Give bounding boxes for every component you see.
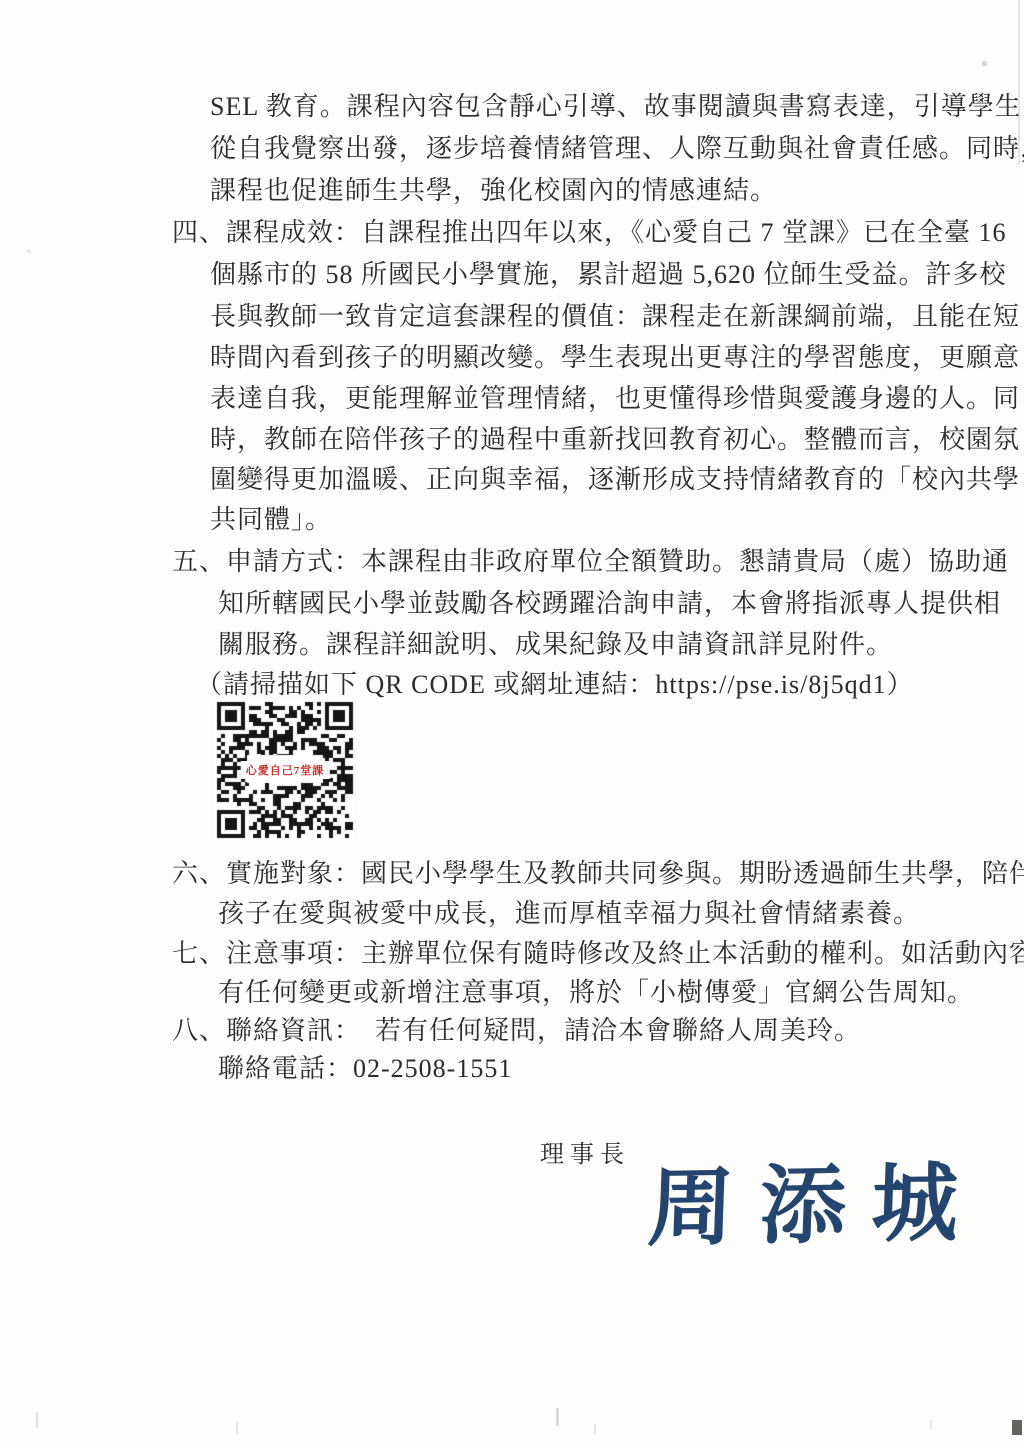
qr-code: 心愛自己7堂課	[215, 700, 355, 840]
text-line: 個縣市的 58 所國民小學實施，累計超過 5,620 位師生受益。許多校	[210, 254, 1007, 291]
text-line: 從自我覺察出發，逐步培養情緒管理、人際互動與社會責任感。同時，	[210, 128, 1024, 165]
text-line: 八、聯絡資訊： 若有任何疑問，請洽本會聯絡人周美玲。	[172, 1010, 861, 1047]
scan-corner-artifact	[1012, 1420, 1022, 1435]
text-line: SEL 教育。課程內容包含靜心引導、故事閱讀與書寫表達，引導學生	[210, 86, 1022, 123]
scan-speck	[556, 1408, 559, 1426]
text-line: 圍變得更加溫暖、正向與幸福，逐漸形成支持情緒教育的「校內共學	[210, 459, 1020, 496]
text-line: 七、注意事項：主辦單位保有隨時修改及終止本活動的權利。如活動內容	[172, 933, 1024, 970]
text-line: 聯絡電話：02-2508-1551	[218, 1048, 512, 1085]
text-line: 時，教師在陪伴孩子的過程中重新找回教育初心。整體而言，校園氛	[210, 419, 1020, 456]
text-line: 共同體」。	[210, 499, 332, 536]
scan-speck	[594, 1424, 596, 1434]
text-line: 有任何變更或新增注意事項，將於「小樹傳愛」官網公告周知。	[218, 972, 974, 1009]
text-line: 課程也促進師生共學，強化校園內的情感連結。	[210, 170, 777, 207]
signature-title: 理事長	[540, 1134, 630, 1169]
text-line: 關服務。課程詳細說明、成果紀錄及申請資訊詳見附件。	[218, 624, 893, 661]
text-line: 六、實施對象：國民小學學生及教師共同參與。期盼透過師生共學，陪伴	[172, 853, 1024, 890]
scan-speck	[36, 1412, 38, 1428]
text-line: 五、申請方式：本課程由非政府單位全額贊助。懇請貴局（處）協助通	[172, 541, 1009, 578]
text-line: 知所轄國民小學並鼓勵各校踴躍洽詢申請，本會將指派專人提供相	[218, 583, 1001, 620]
scan-speck	[930, 1420, 932, 1429]
text-line: 四、課程成效：自課程推出四年以來，《心愛自己 7 堂課》已在全臺 16	[172, 212, 1007, 249]
scan-speck	[27, 250, 31, 253]
qr-code-label: 心愛自己7堂課	[241, 761, 330, 779]
scan-speck	[982, 61, 987, 66]
signature-name: 周添城	[646, 1133, 986, 1263]
text-line: 表達自我，更能理解並管理情緒，也更懂得珍惜與愛護身邊的人。同	[210, 378, 1020, 415]
scan-edge-artifact	[1018, 0, 1020, 165]
document-page: SEL 教育。課程內容包含靜心引導、故事閱讀與書寫表達，引導學生從自我覺察出發，…	[0, 0, 1024, 1448]
text-line: 時間內看到孩子的明顯改變。學生表現出更專注的學習態度，更願意	[210, 337, 1020, 374]
text-line: 長與教師一致肯定這套課程的價值：課程走在新課綱前端，且能在短	[210, 296, 1020, 333]
scan-speck	[236, 1422, 238, 1434]
text-line: （請掃描如下 QR CODE 或網址連結：https://pse.is/8j5q…	[196, 664, 914, 701]
text-line: 孩子在愛與被愛中成長，進而厚植幸福力與社會情緒素養。	[218, 893, 920, 930]
